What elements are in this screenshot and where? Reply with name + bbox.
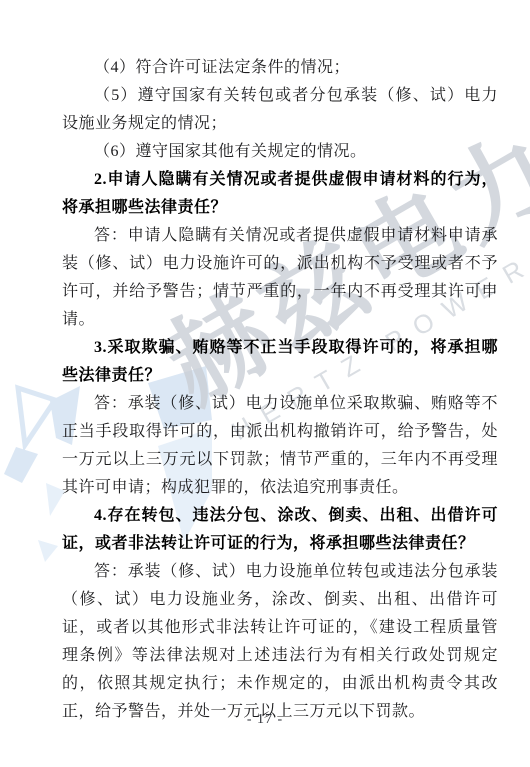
document-page: 赫兹电力 HERTZ POWER （4）符合许可证法定条件的情况； （5）遵守国… [0, 0, 530, 767]
question-2-heading: 2.申请人隐瞒有关情况或者提供虚假申请材料的行为，将承担哪些法律责任？ [62, 166, 498, 222]
clause-item-6: （6）遵守国家其他有关规定的情况。 [62, 138, 498, 166]
logo-facet [4, 447, 38, 483]
answer-3-paragraph: 答：承装（修、试）电力设施单位采取欺骗、贿赂等不正当手段取得许可的，由派出机构撤… [62, 390, 498, 502]
logo-facet [18, 388, 55, 445]
clause-item-4: （4）符合许可证法定条件的情况； [62, 54, 498, 82]
clause-item-5: （5）遵守国家有关转包或者分包承装（修、试）电力设施业务规定的情况； [62, 82, 498, 138]
question-3-heading: 3.采取欺骗、贿赂等不正当手段取得许可的，将承担哪些法律责任？ [62, 334, 498, 390]
question-4-heading: 4.存在转包、违法分包、涂改、倒卖、出租、出借许可证，或者非法转让许可证的行为，… [62, 502, 498, 558]
answer-4-paragraph: 答：承装（修、试）电力设施单位转包或违法分包承装（修、试）电力设施业务，涂改、倒… [62, 558, 498, 726]
answer-2-paragraph: 答：申请人隐瞒有关情况或者提供虚假申请材料申请承装（修、试）电力设施许可的，派出… [62, 222, 498, 334]
document-body: （4）符合许可证法定条件的情况； （5）遵守国家有关转包或者分包承装（修、试）电… [62, 54, 498, 726]
page-number: - 17 - [0, 712, 530, 728]
logo-facet [38, 540, 58, 562]
